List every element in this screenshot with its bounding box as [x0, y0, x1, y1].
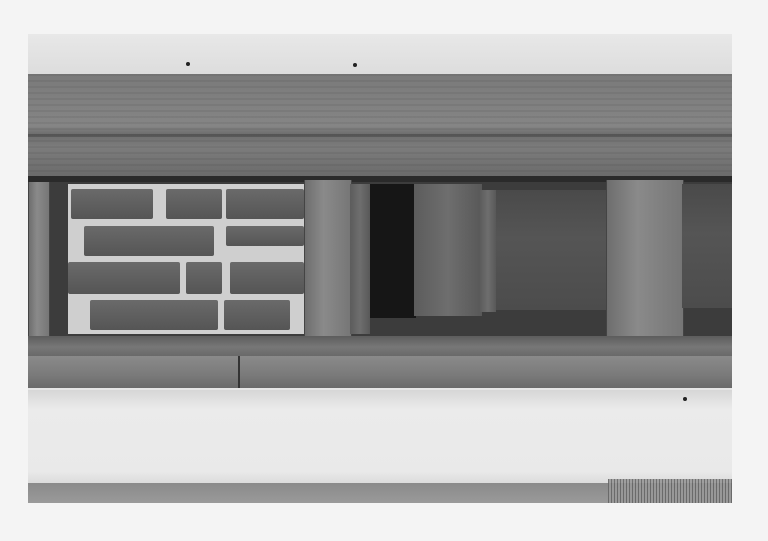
brick-infill [68, 184, 308, 334]
bottom-plate [28, 336, 732, 358]
stain-spot [683, 397, 687, 401]
board-joint [238, 356, 240, 388]
side-board [350, 184, 370, 334]
sill-board [28, 356, 732, 388]
narrow-board [480, 190, 496, 312]
right-panel [682, 184, 732, 308]
beam-seam [28, 134, 732, 137]
upper-wall [28, 34, 732, 76]
dark-opening [370, 184, 416, 318]
right-stud [606, 180, 684, 338]
wood-panel [496, 190, 608, 310]
wire-screen [608, 479, 732, 503]
vertical-board [414, 184, 482, 316]
left-stud [28, 182, 50, 338]
center-stud [304, 180, 352, 338]
nail-hole [186, 62, 190, 66]
nail-hole [353, 63, 357, 67]
photograph [28, 34, 732, 503]
top-timber-beam [28, 74, 732, 178]
painted-lower-wall [28, 390, 732, 486]
